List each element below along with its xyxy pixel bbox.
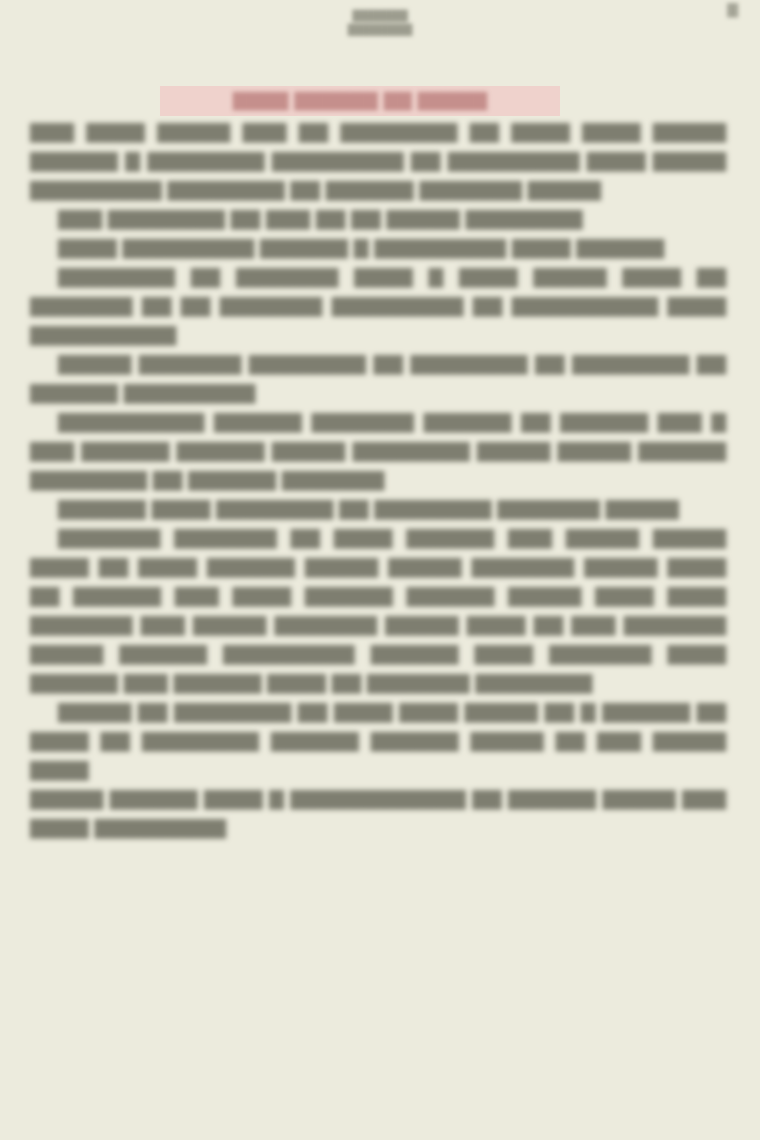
paragraph: ▇▇▇ ▇▇▇▇▇▇▇▇ ▇▇ ▇▇▇ ▇▇ ▇▇ ▇▇▇▇▇ ▇▇▇▇▇▇▇▇ — [30, 205, 726, 234]
paragraph: ▇▇▇▇▇▇▇▇ ▇▇ ▇▇▇▇▇▇▇ ▇▇▇▇ ▇ ▇▇▇▇ ▇▇▇▇▇ ▇▇… — [30, 263, 726, 350]
paragraph: ▇▇▇▇▇ ▇▇▇▇▇▇ ▇▇▇▇ ▇ ▇▇▇▇▇▇▇▇▇▇▇▇ ▇▇ ▇▇▇▇… — [30, 785, 726, 843]
paragraph: ▇▇▇▇ ▇▇▇▇▇▇▇▇▇ ▇▇▇▇▇▇ ▇ ▇▇▇▇▇▇▇▇▇ ▇▇▇▇ ▇… — [30, 234, 726, 263]
page-number: ▇ — [727, 2, 738, 18]
body-text: ▇▇▇ ▇▇▇▇ ▇▇▇▇▇ ▇▇▇ ▇▇ ▇▇▇▇▇▇▇▇ ▇▇ ▇▇▇▇ ▇… — [30, 118, 726, 843]
running-header-line-2: ▇▇▇▇▇▇▇ — [0, 22, 760, 36]
paragraph: ▇▇▇▇▇▇▇▇▇▇ ▇▇▇▇▇▇ ▇▇▇▇▇▇▇ ▇▇▇▇▇▇ ▇▇ ▇▇▇▇… — [30, 408, 726, 495]
section-title: ▇▇▇▇ ▇▇▇▇▇▇ ▇▇ ▇▇▇▇▇ — [160, 88, 560, 114]
paragraph: ▇▇▇▇▇ ▇▇▇▇▇▇▇ ▇▇▇▇▇▇▇▇ ▇▇ ▇▇▇▇▇▇▇▇ ▇▇ ▇▇… — [30, 350, 726, 408]
paragraph: ▇▇▇ ▇▇▇▇ ▇▇▇▇▇ ▇▇▇ ▇▇ ▇▇▇▇▇▇▇▇ ▇▇ ▇▇▇▇ ▇… — [30, 118, 726, 205]
paragraph: ▇▇▇▇▇ ▇▇ ▇▇▇▇▇▇▇▇ ▇▇ ▇▇▇▇ ▇▇▇▇ ▇▇▇▇▇ ▇▇ … — [30, 698, 726, 785]
running-header: ▇▇▇▇▇▇ ▇▇▇▇▇▇▇ — [0, 8, 760, 36]
paragraph: ▇▇▇▇▇▇▇ ▇▇▇▇▇▇▇ ▇▇ ▇▇▇▇ ▇▇▇▇▇▇ ▇▇▇ ▇▇▇▇▇… — [30, 524, 726, 698]
running-header-line-1: ▇▇▇▇▇▇ — [0, 8, 760, 22]
paragraph: ▇▇▇▇▇▇ ▇▇▇▇ ▇▇▇▇▇▇▇▇ ▇▇ ▇▇▇▇▇▇▇▇ ▇▇▇▇▇▇▇… — [30, 495, 726, 524]
